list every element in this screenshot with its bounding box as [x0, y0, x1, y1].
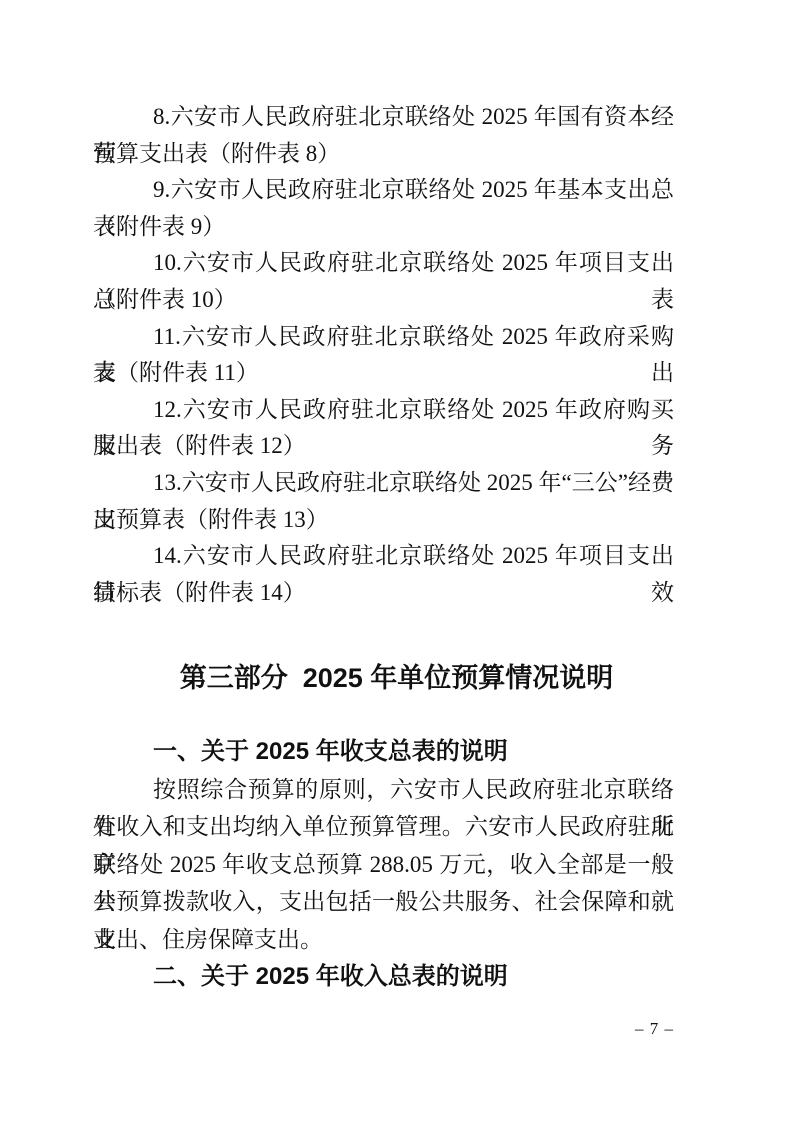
subsection-1-heading: 一、关于 2025 年收支总表的说明	[93, 733, 674, 771]
list-item-8-line-2: 预算支出表（附件表 8）	[93, 136, 674, 173]
list-item-11-line-1: 11.六安市人民政府驻北京联络处 2025 年政府采购支出	[93, 319, 674, 356]
section-title: 第三部分 2025 年单位预算情况说明	[0, 657, 793, 699]
document-page: 8.六安市人民政府驻北京联络处 2025 年国有资本经营 预算支出表（附件表 8…	[0, 0, 793, 1122]
list-item-10-line-1: 10.六安市人民政府驻北京联络处 2025 年项目支出总表	[93, 245, 674, 282]
paragraph-line: 支出、住房保障支出。	[93, 921, 674, 959]
list-item-9-line-1: 9.六安市人民政府驻北京联络处 2025 年基本支出总表	[93, 172, 674, 209]
list-item-9-line-2: （附件表 9）	[93, 209, 674, 246]
subsection-2-heading: 二、关于 2025 年收入总表的说明	[93, 958, 674, 996]
paragraph-line: 共预算拨款收入，支出包括一般公共服务、社会保障和就业	[93, 883, 674, 921]
list-item-13-line-1: 13.六安市人民政府驻北京联络处 2025 年“三公”经费支	[93, 465, 674, 502]
list-item-12-line-1: 12.六安市人民政府驻北京联络处 2025 年政府购买服务	[93, 392, 674, 429]
paragraph-line: 联络处 2025 年收支总预算 288.05 万元，收入全部是一般公	[93, 846, 674, 884]
list-item-14-line-1: 14.六安市人民政府驻北京联络处 2025 年项目支出绩效	[93, 538, 674, 575]
attachment-list: 8.六安市人民政府驻北京联络处 2025 年国有资本经营 预算支出表（附件表 8…	[93, 99, 674, 611]
paragraph-line: 有收入和支出均纳入单位预算管理。六安市人民政府驻北京	[93, 808, 674, 846]
list-item-8-line-1: 8.六安市人民政府驻北京联络处 2025 年国有资本经营	[93, 99, 674, 136]
paragraph-line: 按照综合预算的原则，六安市人民政府驻北京联络处所	[93, 771, 674, 809]
budget-explanation-section: 一、关于 2025 年收支总表的说明 按照综合预算的原则，六安市人民政府驻北京联…	[93, 733, 674, 996]
list-item-13-line-2: 出预算表（附件表 13）	[93, 502, 674, 539]
page-number: – 7 –	[635, 1019, 674, 1039]
